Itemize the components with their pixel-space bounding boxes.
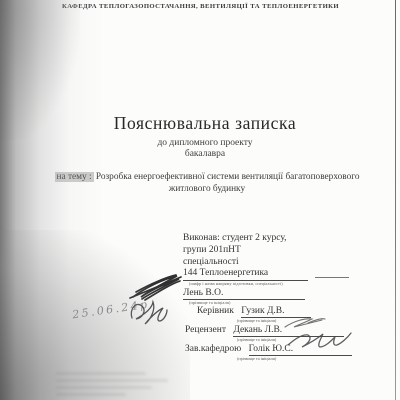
executor-line-3: спеціальності [183,257,373,269]
handwritten-date: 25.06.24р [71,298,150,322]
reviewer-hint: (прізвище та ініціали) [237,337,385,342]
reviewer-role: Рецензент [185,325,226,336]
ghost-text-artifact [56,393,126,396]
approvals-block: Керівник Гузик Д.В. (прізвище та ініціал… [185,306,385,363]
reviewer-name: Декань Л.В. [233,325,344,337]
topic-line-1: на тему : Розробка енергоефективної сист… [32,172,382,184]
scan-shadow-left [0,0,110,400]
supervisor-role: Керівник [197,306,234,317]
specialty-field: 144 Теплоенергетика [183,268,373,281]
document-degree: бакалавра [40,149,370,159]
student-name-hint: (прізвище та ініціали) [189,300,373,305]
ghost-text-artifact [56,372,146,375]
supervisor-hint: (прізвище та ініціали) [237,318,385,323]
scanned-title-page: КАФЕДРА ТЕПЛОГАЗОПОСТАЧАННЯ, ВЕНТИЛЯЦІЇ … [0,0,400,400]
department-head-name: Голік Ю.С. [249,344,352,356]
topic-text: Розробка енергоефективної системи вентил… [96,172,360,182]
executor-signature-scribble [130,275,181,300]
supervisor-name: Гузик Д.В. [241,306,311,318]
student-name-field: Лень В.О. [183,288,373,301]
specialty-hint: (шифр і назва напряму підготовки, спеціа… [189,281,373,286]
supervisor-row: Керівник Гузик Д.В. [185,306,385,318]
department-header: КАФЕДРА ТЕПЛОГАЗОПОСТАЧАННЯ, ВЕНТИЛЯЦІЇ … [62,3,339,10]
executor-block: Виконав: студент 2 курсу, групи 201пНТ с… [183,233,373,307]
department-head-hint: (прізвище та ініціали) [237,356,385,361]
title-block: Пояснювальна записка до дипломного проек… [40,113,370,159]
executor-line-2: групи 201пНТ [183,245,373,257]
topic-block: на тему : Розробка енергоефективної сист… [32,172,382,195]
document-subtitle: до дипломного проекту [40,138,370,148]
department-head-role: Зав.кафедрою [185,344,241,355]
ghost-text-artifact [56,386,152,389]
topic-line-2: житлового будинку [32,184,382,196]
ghost-text-artifact [56,379,168,382]
department-head-row: Зав.кафедрою Голік Ю.С. [185,344,385,356]
executor-line-1: Виконав: студент 2 курсу, [183,233,373,245]
page-edge-line [395,0,397,400]
blank-line-segment [315,277,349,278]
document-title: Пояснювальна записка [40,113,370,134]
topic-label: на тему : [55,172,94,182]
reviewer-row: Рецензент Декань Л.В. [185,325,385,337]
